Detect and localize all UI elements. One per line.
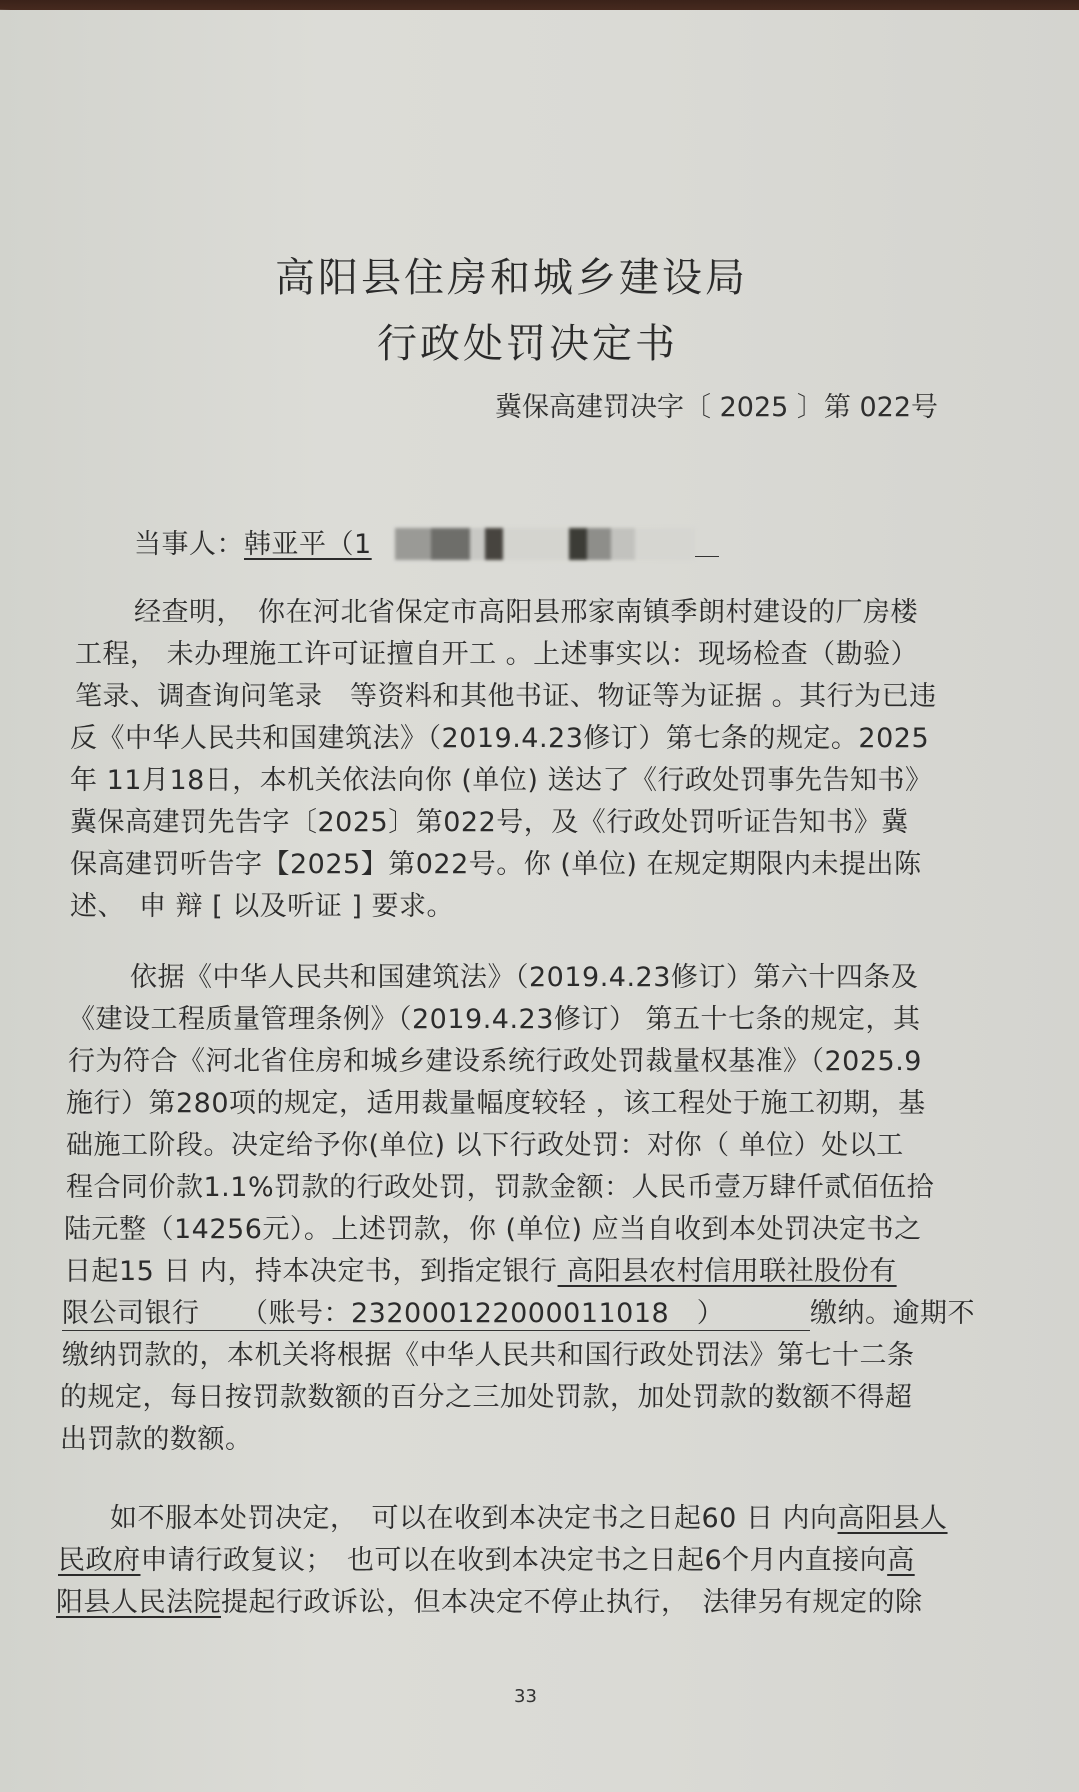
p3-line3-text: 提起行政诉讼，但本决定不停止执行， 法律另有规定的除 [221, 1587, 923, 1618]
issuer-heading: 高阳县住房和城乡建设局 [275, 246, 748, 303]
p2-tail-line-3: 出罚款的数额。 [60, 1417, 253, 1456]
payment-line-2: 限公司银行 （账号：232000122000011018 ）缴纳。逾期不 [62, 1291, 975, 1331]
county-court-part1: 高 [887, 1545, 915, 1576]
p2-line-7: 陆元整（14256元）。上述罚款，你 (单位) 应当自收到本处罚决定书之 [64, 1207, 922, 1246]
bank-account-field: 限公司银行 （账号：232000122000011018 ） [62, 1291, 810, 1331]
p1-line-7: 保高建罚听告字【2025】第022号。你 (单位) 在规定期限内未提出陈 [70, 842, 921, 881]
party-name: 韩亚平（1 [244, 529, 372, 560]
p2-tail-line-2: 的规定，每日按罚款数额的百分之三加处罚款，加处罚款的数额不得超 [60, 1375, 913, 1414]
bank-name-part2: 限公司银行 （账号：232000122000011018 ） [62, 1298, 724, 1329]
party-underline [695, 556, 719, 557]
p2-tail-line-1: 缴纳罚款的，本机关将根据《中华人民共和国行政处罚法》第七十二条 [62, 1333, 915, 1372]
payment-line-1: 日起15 日 内，持本决定书，到指定银行 高阳县农村信用联社股份有 [64, 1249, 897, 1288]
p3-line2-text: 申请行政复议； 也可以在收到本决定书之日起6个月内直接向 [141, 1545, 888, 1576]
p3-line-3: 阳县人民法院提起行政诉讼，但本决定不停止执行， 法律另有规定的除 [56, 1580, 923, 1619]
party-line: 当事人：韩亚平（1 [134, 522, 372, 561]
p2-line-4: 施行）第280项的规定，适用裁量幅度较轻 ，该工程处于施工初期，基 [66, 1081, 926, 1120]
document-number: 冀保高建罚决字〔 2025 〕第 022号 [495, 385, 938, 424]
p1-line-5: 年 11月18日，本机关依法向你 (单位) 送达了《行政处罚事先告知书》 [70, 758, 933, 797]
p2-line-5: 础施工阶段。决定给予你(单位) 以下行政处罚：对你（ 单位）处以工 [66, 1123, 904, 1162]
county-court-part2: 阳县人民法院 [56, 1587, 221, 1618]
p1-line-1: 经查明， 你在河北省保定市高阳县邢家南镇季朗村建设的厂房楼 [134, 590, 918, 629]
p3-line1-text: 如不服本处罚决定， 可以在收到本决定书之日起60 日 内向 [110, 1503, 838, 1534]
p3-line-1: 如不服本处罚决定， 可以在收到本决定书之日起60 日 内向高阳县人 [110, 1496, 948, 1535]
document-title: 行政处罚决定书 [377, 312, 678, 369]
p1-line-8: 述、 申 辩 [ 以及听证 ] 要求。 [70, 884, 454, 923]
p2-line-2: 《建设工程质量管理条例》（2019.4.23修订） 第五十七条的规定，其 [68, 997, 921, 1036]
p2-line-6: 程合同价款1.1%罚款的行政处罚，罚款金额：人民币壹万肆仟贰佰伍拾 [66, 1165, 934, 1204]
bank-name-part1: 高阳县农村信用联社股份有 [558, 1256, 897, 1287]
page-number: 33 [514, 1686, 537, 1707]
p1-line-2: 工程， 未办理施工许可证擅自开工 。上述事实以：现场检查（勘验） [75, 632, 918, 671]
county-government-part2: 民政府 [58, 1545, 141, 1576]
party-label: 当事人： [134, 529, 244, 560]
county-government-part1: 高阳县人 [838, 1503, 948, 1534]
p2-line-1: 依据《中华人民共和国建筑法》（2019.4.23修订）第六十四条及 [130, 955, 918, 994]
p1-line-6: 冀保高建罚先告字〔2025〕第022号，及《行政处罚听证告知书》冀 [70, 800, 909, 839]
p3-line-2: 民政府申请行政复议； 也可以在收到本决定书之日起6个月内直接向高 [58, 1538, 915, 1577]
p1-line-4: 反《中华人民共和国建筑法》（2019.4.23修订）第七条的规定。2025 [70, 716, 929, 755]
payment-prefix: 日起15 日 内，持本决定书，到指定银行 [64, 1256, 558, 1287]
p1-line-3: 笔录、调查询问笔录 等资料和其他书证、物证等为证据 。其行为已违 [75, 674, 937, 713]
redacted-contact [395, 528, 695, 560]
p2-line-3: 行为符合《河北省住房和城乡建设系统行政处罚裁量权基准》（2025.9 [68, 1039, 922, 1078]
payment-suffix: 缴纳。逾期不 [810, 1298, 975, 1329]
